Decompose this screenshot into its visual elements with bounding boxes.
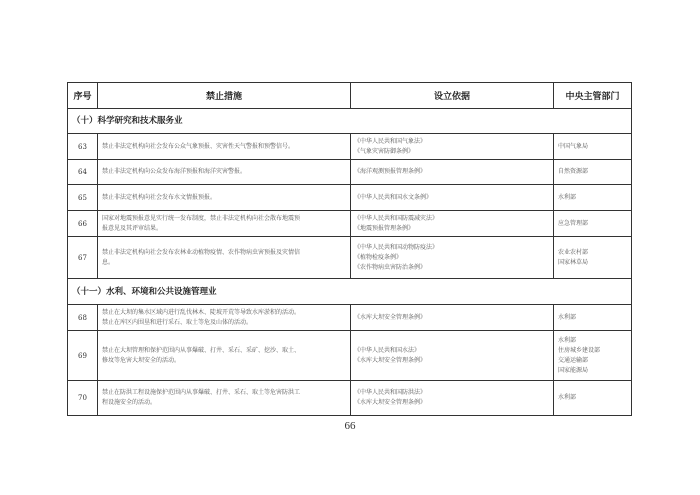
basis-cell: 《中华人民共和国防震减灾法》《地震预报管理条例》 — [351, 211, 554, 237]
row-number: 67 — [68, 237, 98, 279]
dept-text: 自然资源部 — [558, 167, 627, 177]
measure-text: 程设施安全的活动。 — [102, 398, 346, 408]
dept-cell: 水利部 — [554, 305, 632, 331]
measure-cell: 禁止非法定机构向社会发布公众气象预报、灾害性天气警报和预警信号。 — [98, 134, 351, 160]
basis-text: 《中华人民共和国气象法》 — [354, 137, 549, 147]
row-number: 69 — [68, 331, 98, 381]
table-row: 64 禁止非法定机构向公众发布海洋预报和海洋灾害警报。 《海洋观测预报管理条例》… — [68, 160, 632, 185]
measure-cell: 禁止在大坝管理和保护范围内从事爆破、打井、采石、采矿、挖沙、取土、修坟等危害大坝… — [98, 331, 351, 381]
measure-text: 国家对地震预报意见实行统一发布制度，禁止非法定机构向社会散布地震预 — [102, 214, 346, 224]
dept-text: 住房城乡建设部 — [558, 346, 627, 356]
row-number: 66 — [68, 211, 98, 237]
table-row: 68 禁止在大坝的集水区域内进行乱伐林木、陡坡开荒等导致水库淤积的活动。禁止在库… — [68, 305, 632, 331]
section-row: （十一）水利、环境和公共设施管理业 — [68, 279, 632, 305]
basis-cell: 《水库大坝安全管理条例》 — [351, 305, 554, 331]
header-basis: 设立依据 — [351, 83, 554, 109]
measure-text: 禁止在大坝管理和保护范围内从事爆破、打井、采石、采矿、挖沙、取土、 — [102, 346, 346, 356]
basis-text: 《海洋观测预报管理条例》 — [354, 167, 549, 177]
measure-text: 禁止非法定机构向公众发布海洋预报和海洋灾害警报。 — [102, 167, 346, 177]
dept-text: 水利部 — [558, 313, 627, 323]
dept-text: 水利部 — [558, 393, 627, 403]
basis-text: 《气象灾害防御条例》 — [354, 147, 549, 157]
dept-text: 国家林草局 — [558, 258, 627, 268]
table-row: 65 禁止非法定机构向社会发布水文情报预报。 《中华人民共和国水文条例》 水利部 — [68, 185, 632, 211]
dept-cell: 水利部住房城乡建设部交通运输部国家能源局 — [554, 331, 632, 381]
row-number: 64 — [68, 160, 98, 185]
prohibited-measures-table: 序号 禁止措施 设立依据 中央主管部门 （十）科学研究和技术服务业 63 禁止非… — [67, 82, 632, 416]
basis-text: 《水库大坝安全管理条例》 — [354, 313, 549, 323]
dept-text: 水利部 — [558, 193, 627, 203]
measure-text: 禁止非法定机构向社会发布公众气象预报、灾害性天气警报和预警信号。 — [102, 142, 346, 152]
dept-text: 国家能源局 — [558, 366, 627, 376]
basis-cell: 《中华人民共和国水文条例》 — [351, 185, 554, 211]
measure-cell: 禁止在大坝的集水区域内进行乱伐林木、陡坡开荒等导致水库淤积的活动。禁止在库区内围… — [98, 305, 351, 331]
row-number: 65 — [68, 185, 98, 211]
measure-text: 禁止在库区内围垦和进行采石、取土等危及山体的活动。 — [102, 318, 346, 328]
basis-text: 《中华人民共和国动物防疫法》 — [354, 243, 549, 253]
section-title: （十一）水利、环境和公共设施管理业 — [68, 279, 632, 305]
header-measure: 禁止措施 — [98, 83, 351, 109]
measure-text: 禁止非法定机构向社会发布农林业动植物疫情、农作物病虫害预报及灾情信 — [102, 248, 346, 258]
basis-text: 《植物检疫条例》 — [354, 253, 549, 263]
dept-text: 农业农村部 — [558, 248, 627, 258]
measure-text: 修坟等危害大坝安全的活动。 — [102, 356, 346, 366]
measure-text: 禁止在防洪工程设施保护范围内从事爆破、打井、采石、取土等危害防洪工 — [102, 388, 346, 398]
section-title: （十）科学研究和技术服务业 — [68, 109, 632, 134]
measure-cell: 禁止非法定机构向社会发布农林业动植物疫情、农作物病虫害预报及灾情信息。 — [98, 237, 351, 279]
measure-text: 报意见及其评审结果。 — [102, 224, 346, 234]
table-row: 70 禁止在防洪工程设施保护范围内从事爆破、打井、采石、取土等危害防洪工程设施安… — [68, 381, 632, 416]
table-row: 69 禁止在大坝管理和保护范围内从事爆破、打井、采石、采矿、挖沙、取土、修坟等危… — [68, 331, 632, 381]
measure-cell: 国家对地震预报意见实行统一发布制度，禁止非法定机构向社会散布地震预报意见及其评审… — [98, 211, 351, 237]
basis-cell: 《海洋观测预报管理条例》 — [351, 160, 554, 185]
dept-cell: 农业农村部国家林草局 — [554, 237, 632, 279]
dept-text: 中国气象局 — [558, 142, 627, 152]
dept-text: 交通运输部 — [558, 356, 627, 366]
dept-text: 应急管理部 — [558, 219, 627, 229]
dept-cell: 自然资源部 — [554, 160, 632, 185]
basis-text: 《地震预报管理条例》 — [354, 224, 549, 234]
row-number: 70 — [68, 381, 98, 416]
measure-cell: 禁止在防洪工程设施保护范围内从事爆破、打井、采石、取土等危害防洪工程设施安全的活… — [98, 381, 351, 416]
measure-cell: 禁止非法定机构向社会发布水文情报预报。 — [98, 185, 351, 211]
dept-text: 水利部 — [558, 336, 627, 346]
measure-text: 禁止在大坝的集水区域内进行乱伐林木、陡坡开荒等导致水库淤积的活动。 — [102, 308, 346, 318]
measure-text: 息。 — [102, 258, 346, 268]
basis-cell: 《中华人民共和国动物防疫法》《植物检疫条例》《农作物病虫害防治条例》 — [351, 237, 554, 279]
measure-cell: 禁止非法定机构向公众发布海洋预报和海洋灾害警报。 — [98, 160, 351, 185]
basis-text: 《中华人民共和国水文条例》 — [354, 193, 549, 203]
header-dept: 中央主管部门 — [554, 83, 632, 109]
basis-text: 《水库大坝安全管理条例》 — [354, 356, 549, 366]
header-no: 序号 — [68, 83, 98, 109]
table-row: 67 禁止非法定机构向社会发布农林业动植物疫情、农作物病虫害预报及灾情信息。 《… — [68, 237, 632, 279]
dept-cell: 应急管理部 — [554, 211, 632, 237]
page-number: 66 — [0, 420, 700, 432]
row-number: 63 — [68, 134, 98, 160]
dept-cell: 水利部 — [554, 185, 632, 211]
dept-cell: 中国气象局 — [554, 134, 632, 160]
basis-cell: 《中华人民共和国水法》《水库大坝安全管理条例》 — [351, 331, 554, 381]
table-row: 63 禁止非法定机构向社会发布公众气象预报、灾害性天气警报和预警信号。 《中华人… — [68, 134, 632, 160]
basis-text: 《水库大坝安全管理条例》 — [354, 398, 549, 408]
basis-cell: 《中华人民共和国防洪法》《水库大坝安全管理条例》 — [351, 381, 554, 416]
row-number: 68 — [68, 305, 98, 331]
table-header-row: 序号 禁止措施 设立依据 中央主管部门 — [68, 83, 632, 109]
basis-cell: 《中华人民共和国气象法》《气象灾害防御条例》 — [351, 134, 554, 160]
dept-cell: 水利部 — [554, 381, 632, 416]
basis-text: 《中华人民共和国水法》 — [354, 346, 549, 356]
measure-text: 禁止非法定机构向社会发布水文情报预报。 — [102, 193, 346, 203]
table-row: 66 国家对地震预报意见实行统一发布制度，禁止非法定机构向社会散布地震预报意见及… — [68, 211, 632, 237]
basis-text: 《中华人民共和国防洪法》 — [354, 388, 549, 398]
basis-text: 《中华人民共和国防震减灾法》 — [354, 214, 549, 224]
basis-text: 《农作物病虫害防治条例》 — [354, 263, 549, 273]
section-row: （十）科学研究和技术服务业 — [68, 109, 632, 134]
